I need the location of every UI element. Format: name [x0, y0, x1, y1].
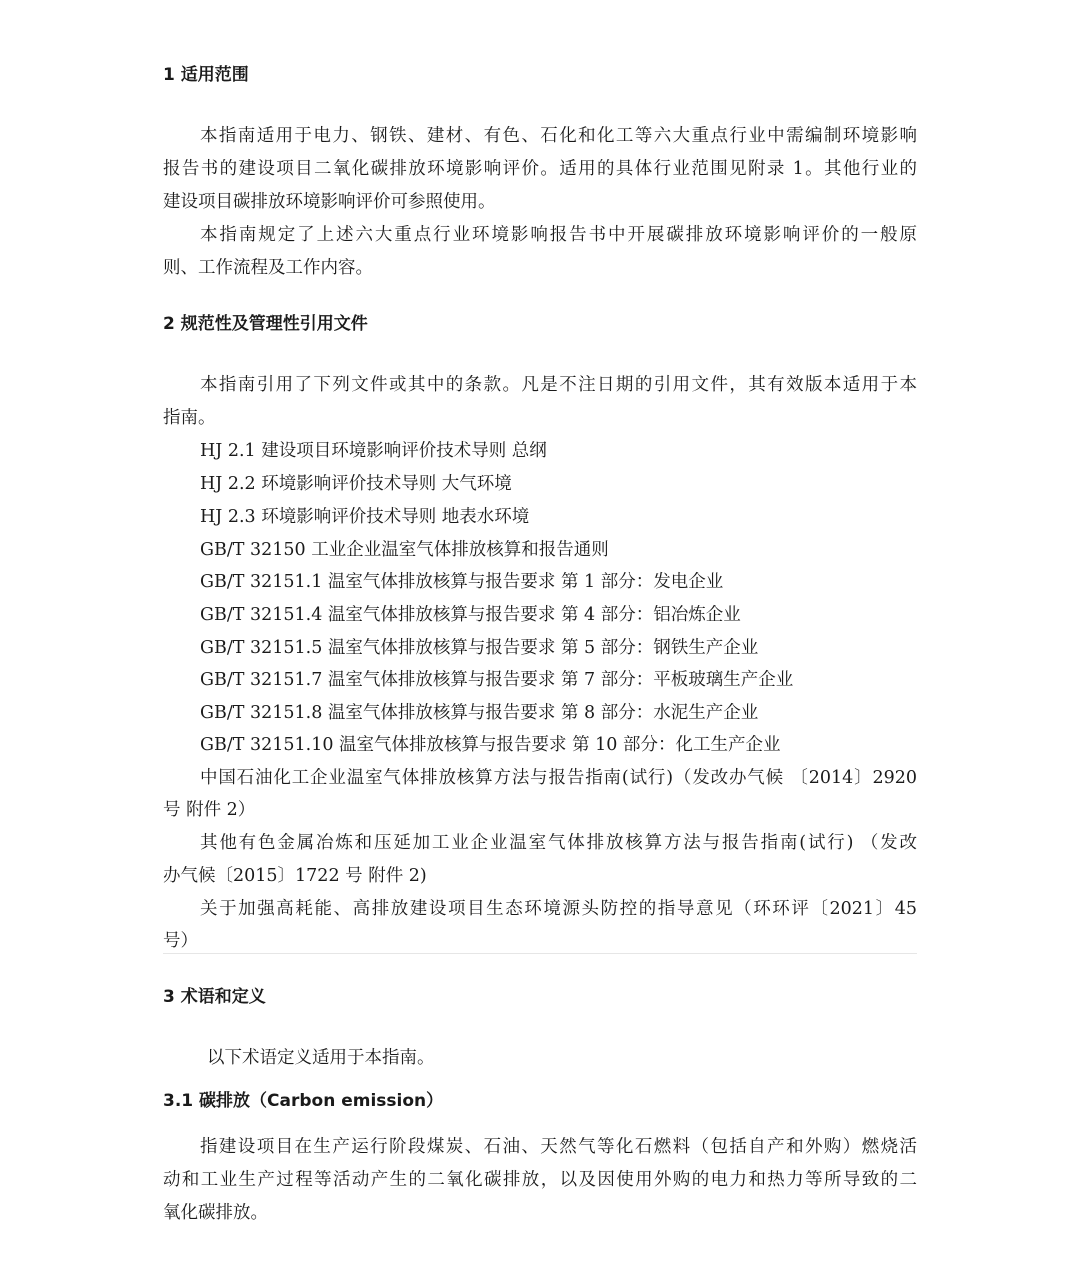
- reference-item: GB/T 32151.8 温室气体排放核算与报告要求 第 8 部分：水泥生产企业: [200, 701, 758, 725]
- section-2-intro-line: 本指南引用了下列文件或其中的条款。凡是不注日期的引用文件，其有效版本适用于本: [200, 373, 917, 397]
- section-3-intro: 以下术语定义适用于本指南。: [207, 1046, 435, 1070]
- reference-item: GB/T 32150 工业企业温室气体排放核算和报告通则: [200, 538, 609, 562]
- reference-item: HJ 2.3 环境影响评价技术导则 地表水环境: [200, 505, 529, 529]
- section-1-paragraph-2-line: 本指南规定了上述六大重点行业环境影响报告书中开展碳排放环境影响评价的一般原: [200, 223, 917, 247]
- reference-item: GB/T 32151.4 温室气体排放核算与报告要求 第 4 部分：铝冶炼企业: [200, 603, 741, 627]
- section-3-heading: 3 术语和定义: [163, 985, 266, 1009]
- section-1-paragraph-1-line: 报告书的建设项目二氧化碳排放环境影响评价。适用的具体行业范围见附录 1。其他行业…: [163, 157, 917, 181]
- reference-item: HJ 2.1 建设项目环境影响评价技术导则 总纲: [200, 439, 547, 463]
- reference-item-long: 关于加强高耗能、高排放建设项目生态环境源头防控的指导意见（环环评〔2021〕45: [200, 897, 917, 921]
- section-2-heading: 2 规范性及管理性引用文件: [163, 312, 368, 336]
- section-1-paragraph-2-line: 则、工作流程及工作内容。: [163, 256, 373, 280]
- page-divider: [163, 953, 917, 954]
- reference-item: GB/T 32151.10 温室气体排放核算与报告要求 第 10 部分：化工生产…: [200, 733, 781, 757]
- section-1-heading: 1 适用范围: [163, 63, 249, 87]
- reference-item: GB/T 32151.5 温室气体排放核算与报告要求 第 5 部分：钢铁生产企业: [200, 636, 758, 660]
- section-3-1-definition-line: 指建设项目在生产运行阶段煤炭、石油、天然气等化石燃料（包括自产和外购）燃烧活: [200, 1135, 917, 1159]
- section-1-paragraph-1-line: 本指南适用于电力、钢铁、建材、有色、石化和化工等六大重点行业中需编制环境影响: [200, 124, 917, 148]
- reference-item-long: 其他有色金属冶炼和压延加工业企业温室气体排放核算方法与报告指南(试行) （发改: [200, 831, 917, 855]
- section-3-1-heading: 3.1 碳排放（Carbon emission）: [163, 1089, 443, 1113]
- reference-item: GB/T 32151.7 温室气体排放核算与报告要求 第 7 部分：平板玻璃生产…: [200, 668, 793, 692]
- reference-item: GB/T 32151.1 温室气体排放核算与报告要求 第 1 部分：发电企业: [200, 570, 723, 594]
- reference-item-long: 中国石油化工企业温室气体排放核算方法与报告指南(试行)（发改办气候 〔2014〕…: [200, 766, 917, 790]
- section-2-intro-line: 指南。: [163, 406, 216, 430]
- reference-item-long-cont: 号 附件 2）: [163, 798, 255, 822]
- section-3-1-definition-line: 氧化碳排放。: [163, 1201, 268, 1225]
- reference-item-long-cont: 办气候〔2015〕1722 号 附件 2): [163, 864, 427, 888]
- section-1-paragraph-1-line: 建设项目碳排放环境影响评价可参照使用。: [163, 190, 496, 214]
- reference-item: HJ 2.2 环境影响评价技术导则 大气环境: [200, 472, 512, 496]
- section-3-1-definition-line: 动和工业生产过程等活动产生的二氧化碳排放，以及因使用外购的电力和热力等所导致的二: [163, 1168, 917, 1192]
- reference-item-long-cont: 号）: [163, 929, 198, 953]
